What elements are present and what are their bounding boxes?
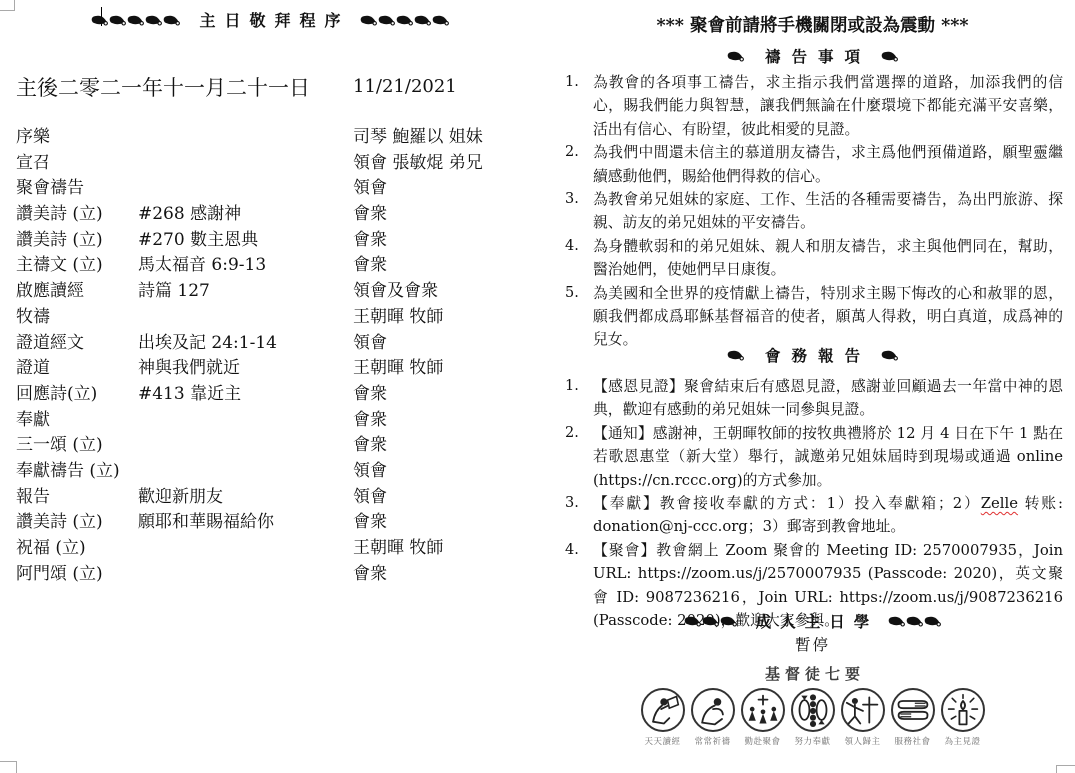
program-row: 序樂司琴 鮑羅以 姐妹 xyxy=(0,122,545,148)
program-item: 讚美詩 (立) xyxy=(16,507,103,532)
essential-caption: 天天讀經 xyxy=(644,735,680,747)
program-item: 讚美詩 (立) xyxy=(16,225,103,250)
program-who: 會衆 xyxy=(353,507,387,532)
program-who: 會衆 xyxy=(353,405,387,430)
program-row: 主禱文 (立)馬太福音 6:9-13會衆 xyxy=(0,250,545,276)
program-who: 會衆 xyxy=(353,559,387,584)
program-row: 奉獻會衆 xyxy=(0,405,545,431)
page-title: 主日敬拜程序 xyxy=(190,8,349,31)
phone-notice: *** 聚會前請將手機關閉或設為震動 *** xyxy=(560,12,1065,37)
program-item: 三一頌 (立) xyxy=(16,430,103,455)
spellcheck-flagged-word: Zelle xyxy=(981,495,1018,512)
program-row: 三一頌 (立)會衆 xyxy=(0,430,545,456)
program-row: 證道經文出埃及記 24:1-14領會 xyxy=(0,328,545,354)
program-item: 證道經文 xyxy=(16,328,84,353)
numbered-item: 3.為教會弟兄姐妹的家庭、工作、生活的各種需要禱告，為出門旅游、探親、訪友的弟兄… xyxy=(565,188,1063,235)
report-header-text: 會務報告 xyxy=(754,344,871,366)
ornament-swirl-right xyxy=(881,349,898,361)
sunday-school-status: 暫停 xyxy=(560,633,1065,655)
offering-icon xyxy=(791,688,835,732)
program-item: 回應詩(立) xyxy=(16,379,97,404)
item-number: 5. xyxy=(565,282,593,305)
ornament-swirl-left xyxy=(727,50,744,62)
program-who: 領會 xyxy=(353,482,387,507)
ornament-swirl-right xyxy=(881,50,898,62)
bulletin-page: 主日敬拜程序 主後二零二一年十一月二十一日 11/21/2021 序樂司琴 鮑羅… xyxy=(0,0,1075,773)
candle-icon xyxy=(941,688,985,732)
program-item: 奉獻禱告 (立) xyxy=(16,456,120,481)
program-item: 阿門頌 (立) xyxy=(16,559,103,584)
program-who: 王朝暉 牧師 xyxy=(353,302,443,327)
numbered-item: 2.為我們中間還未信主的慕道朋友禱告，求主爲他們預備道路，願聖靈繼續感動他們，賜… xyxy=(565,141,1063,188)
order-of-worship: 序樂司琴 鮑羅以 姐妹宣召領會 張敏焜 弟兄聚會禱告領會讚美詩 (立)#268 … xyxy=(0,122,545,584)
program-detail: #268 感謝神 xyxy=(138,199,241,224)
essential-caption: 努力奉獻 xyxy=(794,735,830,747)
essential-caption: 勤赴聚會 xyxy=(744,735,780,747)
item-text: 【奉獻】教會接收奉獻的方式：1）投入奉獻箱；2）Zelle 转账: donati… xyxy=(593,492,1063,539)
item-text: 為美國和全世界的疫情獻上禱告，特別求主賜下悔改的心和赦罪的恩，願我們都成爲耶穌基… xyxy=(593,282,1063,352)
program-row: 聚會禱告領會 xyxy=(0,173,545,199)
item-text: 為教會的各項事工禱告，求主指示我們當選擇的道路，加添我們的信心，賜我們能力與智慧… xyxy=(593,71,1063,141)
numbered-item: 2.【通知】感謝神，王朝暉牧師的按牧典禮將於 12 月 4 日在下午 1 點在若… xyxy=(565,422,1063,492)
item-text: 【通知】感謝神，王朝暉牧師的按牧典禮將於 12 月 4 日在下午 1 點在若歌恩… xyxy=(593,422,1063,492)
program-detail: 詩篇 127 xyxy=(138,276,210,301)
item-text: 為身體軟弱和的弟兄姐妹、親人和朋友禱告，求主與他們同在，幫助，醫治她們，使她們早… xyxy=(593,235,1063,282)
title-row: 主日敬拜程序 xyxy=(0,8,540,31)
program-who: 會衆 xyxy=(353,250,387,275)
program-row: 讚美詩 (立)#268 感謝神會衆 xyxy=(0,199,545,225)
date-chinese: 主後二零二一年十一月二十一日 xyxy=(16,72,310,102)
essential-caption: 服務社會 xyxy=(894,735,930,747)
numbered-item: 1.【感恩見證】聚會結束后有感恩見證，感謝並回顧過去一年當中神的恩典，歡迎有感動… xyxy=(565,375,1063,422)
hands-icon xyxy=(891,688,935,732)
report-items-list: 1.【感恩見證】聚會結束后有感恩見證，感謝並回顧過去一年當中神的恩典，歡迎有感動… xyxy=(565,375,1063,632)
program-who: 王朝暉 牧師 xyxy=(353,353,443,378)
item-text: 【感恩見證】聚會結束后有感恩見證，感謝並回顧過去一年當中神的恩典，歡迎有感動的弟… xyxy=(593,375,1063,422)
program-row: 讚美詩 (立)#270 數主恩典會衆 xyxy=(0,225,545,251)
ornament-swirl-right xyxy=(360,14,449,26)
program-item: 祝福 (立) xyxy=(16,533,86,558)
item-number: 1. xyxy=(565,375,593,398)
ornament-swirl-left xyxy=(684,615,737,627)
prayer-items-list: 1.為教會的各項事工禱告，求主指示我們當選擇的道路，加添我們的信心，賜我們能力與… xyxy=(565,71,1063,352)
numbered-item: 1.為教會的各項事工禱告，求主指示我們當選擇的道路，加添我們的信心，賜我們能力與… xyxy=(565,71,1063,141)
program-row: 讚美詩 (立)願耶和華賜福給你會衆 xyxy=(0,507,545,533)
item-number: 1. xyxy=(565,71,593,94)
program-who: 領會 xyxy=(353,328,387,353)
program-detail: 出埃及記 24:1-14 xyxy=(138,328,277,353)
program-detail: 神與我們就近 xyxy=(138,353,240,378)
item-number: 4. xyxy=(565,539,593,562)
item-number: 3. xyxy=(565,188,593,211)
item-number: 4. xyxy=(565,235,593,258)
program-row: 阿門頌 (立)會衆 xyxy=(0,559,545,585)
numbered-item: 5.為美國和全世界的疫情獻上禱告，特別求主賜下悔改的心和赦罪的恩，願我們都成爲耶… xyxy=(565,282,1063,352)
program-row: 宣召領會 張敏焜 弟兄 xyxy=(0,148,545,174)
program-who: 領會及會衆 xyxy=(353,276,438,301)
item-number: 2. xyxy=(565,422,593,445)
essential-item-serve-society: 服務社會 xyxy=(889,688,936,747)
report-section-header: 會務報告 xyxy=(560,344,1065,366)
program-row: 祝福 (立)王朝暉 牧師 xyxy=(0,533,545,559)
date-western: 11/21/2021 xyxy=(353,76,457,97)
program-item: 牧禱 xyxy=(16,302,50,327)
program-item: 聚會禱告 xyxy=(16,173,84,198)
numbered-item: 4.為身體軟弱和的弟兄姐妹、親人和朋友禱告，求主與他們同在，幫助，醫治她們，使她… xyxy=(565,235,1063,282)
program-detail: #270 數主恩典 xyxy=(138,225,258,250)
prayer-header-text: 禱告事項 xyxy=(754,45,871,67)
program-item: 宣召 xyxy=(16,148,50,173)
assembly-icon xyxy=(741,688,785,732)
praying-icon xyxy=(691,688,735,732)
program-item: 主禱文 (立) xyxy=(16,250,103,275)
sunday-school-header-text: 成人主日學 xyxy=(747,610,879,632)
program-row: 牧禱王朝暉 牧師 xyxy=(0,302,545,328)
program-who: 會衆 xyxy=(353,379,387,404)
essentials-icon-row: 天天讀經常常祈禱勤赴聚會努力奉獻領人歸主服務社會為主見證 xyxy=(560,688,1065,747)
program-who: 領會 xyxy=(353,456,387,481)
program-who: 領會 張敏焜 弟兄 xyxy=(353,148,483,173)
program-item: 啟應讀經 xyxy=(16,276,84,301)
essential-item-daily-bible-reading: 天天讀經 xyxy=(639,688,686,747)
crop-mark-bottom-right xyxy=(1056,765,1075,773)
program-who: 司琴 鮑羅以 姐妹 xyxy=(353,122,483,147)
program-who: 王朝暉 牧師 xyxy=(353,533,443,558)
essential-caption: 領人歸主 xyxy=(844,735,880,747)
essential-caption: 為主見證 xyxy=(944,735,980,747)
item-text: 為我們中間還未信主的慕道朋友禱告，求主爲他們預備道路，願聖靈繼續感動他們，賜給他… xyxy=(593,141,1063,188)
ornament-swirl-left xyxy=(727,349,744,361)
program-who: 會衆 xyxy=(353,225,387,250)
numbered-item: 3.【奉獻】教會接收奉獻的方式：1）投入奉獻箱；2）Zelle 转账: dona… xyxy=(565,492,1063,539)
program-item: 序樂 xyxy=(16,122,50,147)
program-detail: #413 靠近主 xyxy=(138,379,241,404)
program-item: 讚美詩 (立) xyxy=(16,199,103,224)
program-row: 奉獻禱告 (立)領會 xyxy=(0,456,545,482)
program-detail: 願耶和華賜福給你 xyxy=(138,507,274,532)
program-row: 報告歡迎新朋友領會 xyxy=(0,482,545,508)
cross-person-icon xyxy=(841,688,885,732)
essential-item-constant-prayer: 常常祈禱 xyxy=(689,688,736,747)
item-number: 3. xyxy=(565,492,593,515)
program-item: 證道 xyxy=(16,353,50,378)
essential-item-witness-for-lord: 為主見證 xyxy=(939,688,986,747)
item-number: 2. xyxy=(565,141,593,164)
essential-item-strive-offering: 努力奉獻 xyxy=(789,688,836,747)
item-text: 為教會弟兄姐妹的家庭、工作、生活的各種需要禱告，為出門旅游、探親、訪友的弟兄姐妹… xyxy=(593,188,1063,235)
christian-essentials: 基督徒七要 天天讀經常常祈禱勤赴聚會努力奉獻領人歸主服務社會為主見證 xyxy=(560,663,1065,747)
crop-mark-bottom-left xyxy=(0,761,17,773)
program-row: 證道神與我們就近王朝暉 牧師 xyxy=(0,353,545,379)
program-row: 回應詩(立)#413 靠近主會衆 xyxy=(0,379,545,405)
program-item: 奉獻 xyxy=(16,405,50,430)
program-who: 會衆 xyxy=(353,430,387,455)
reading-icon xyxy=(641,688,685,732)
essential-caption: 常常祈禱 xyxy=(694,735,730,747)
program-who: 會衆 xyxy=(353,199,387,224)
essential-item-attend-meetings: 勤赴聚會 xyxy=(739,688,786,747)
program-detail: 歡迎新朋友 xyxy=(138,482,223,507)
prayer-section-header: 禱告事項 xyxy=(560,45,1065,67)
ornament-swirl-left xyxy=(91,14,180,26)
program-who: 領會 xyxy=(353,173,387,198)
essentials-title: 基督徒七要 xyxy=(560,663,1065,684)
program-item: 報告 xyxy=(16,482,50,507)
program-detail: 馬太福音 6:9-13 xyxy=(138,250,266,275)
sunday-school-header: 成人主日學 xyxy=(560,610,1065,632)
program-row: 啟應讀經詩篇 127領會及會衆 xyxy=(0,276,545,302)
ornament-swirl-right xyxy=(888,615,941,627)
essential-item-lead-to-lord: 領人歸主 xyxy=(839,688,886,747)
